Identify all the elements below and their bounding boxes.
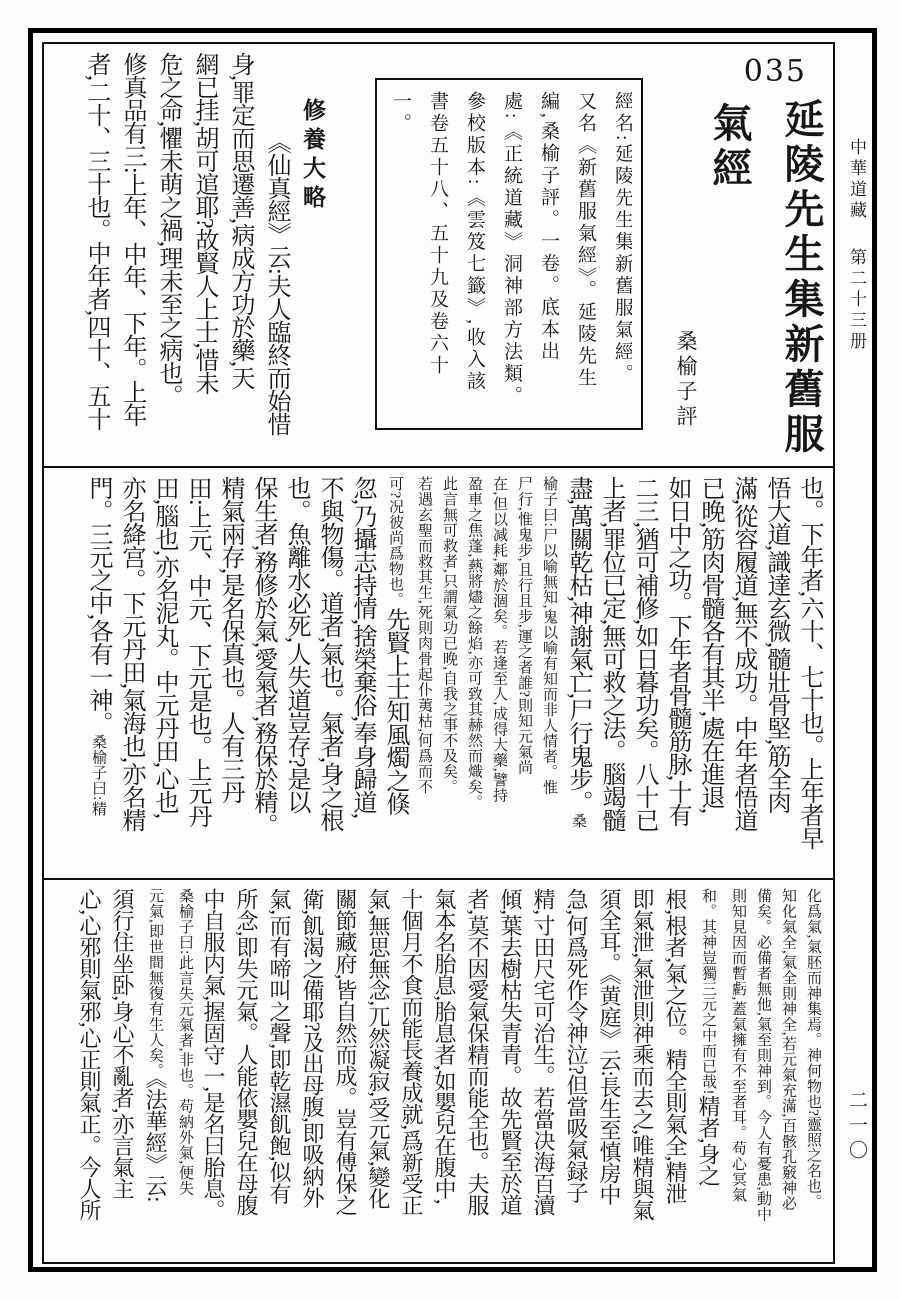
main-text-segment: 關節藏府,皆自然而成。豈有傅保之 [333, 888, 358, 1216]
text-column: 也。下年者,六十、七十也。上年者早 [792, 476, 825, 872]
text-column: 中自服内氣,握固守一,是名曰胎息。 [197, 888, 230, 1254]
text-column: 危之命,懼未萌之禍,理未至之病也。 [150, 52, 186, 457]
commentary-segment: 在,但以减耗,鄰於涸矣。若逢至人,成得大藥,譬持 [491, 476, 507, 803]
text-column: 須行住坐卧,身心不亂者,亦言氣主 [106, 888, 139, 1254]
volume-label-number: 第二十三册 [847, 248, 866, 353]
text-column: 修真品有三:上年、中年、下年。上年 [114, 52, 150, 457]
bibliography-column: 參校版本:《雲笈七籤》,收入該 [447, 91, 484, 417]
main-text-segment: 者,莫不因愛氣保精而能全也。夫服 [465, 888, 490, 1216]
bibliography-text: 經名:延陵先生集新舊服氣經。又名《新舊服氣經》。延陵先生編,桑榆子評。一卷。底本… [386, 91, 632, 417]
main-text-segment: 也。魚離水必死,人失道豈存?是以 [283, 476, 309, 813]
bibliography-column: 一。 [386, 91, 410, 417]
main-text-segment: 田,腦也,亦名泥丸。中元丹田,心也, [151, 476, 177, 818]
commentary-segment: 元氣,即世間無復有生人矣。 [147, 888, 163, 1078]
volume-label-series: 中華道藏 [847, 138, 866, 222]
book-title-line2: 氣經 [709, 102, 749, 192]
commentary-segment: 此言無可救者,只謂氣功已晚,自我之事不及矣。 [441, 476, 457, 795]
main-text-segment: 所念,即失元氣。人能依嬰兒在母腹 [234, 888, 259, 1216]
text-column: 《仙真經》云:夫人臨終而始惜 [258, 52, 294, 457]
main-text-segment: 傾,葉去樹枯失青青。故先賢至於道 [498, 888, 523, 1216]
commentary-segment: 知化氣全,氣全則神全,若元氣充滿,百骸孔竅神必 [780, 888, 796, 1211]
main-text-segment: 急,何爲死作令神泣?但當吸氣録子 [564, 888, 589, 1203]
text-column: 身,罪定而思遷善,病成方功於藥,天 [222, 52, 258, 457]
commentary-segment: 桑榆子曰:精 [90, 734, 106, 816]
text-column: 氣,而有啼叫之聲,即乾濕飢飽,似有 [263, 888, 296, 1254]
main-text-segment: 心,心邪則氣邪,心正則氣正。今人所 [77, 888, 102, 1221]
main-text-segment: 危之命,懼未萌之禍,理未至之病也。 [155, 52, 181, 407]
text-column: 精,寸田尺宅可治生。若當决海百瀆 [527, 888, 560, 1254]
text-column: 根,根者,氣之位。精全則氣全,精泄 [659, 888, 692, 1254]
main-text-segment: 《法華經》云: [143, 1078, 168, 1202]
text-column: 關節藏府,皆自然而成。豈有傅保之 [329, 888, 362, 1254]
bibliography-column: 又名《新舊服氣經》。延陵先生 [558, 91, 595, 417]
text-column: 二三,猶可補修,如日暮功矣。八十已 [627, 476, 660, 872]
main-text-segment: 氣,無思無念,兀然凝寂,受元氣,變化 [366, 888, 391, 1209]
main-text-segment: 已晚,筋肉骨髓各有其半,處在進退, [697, 476, 723, 813]
text-column: 即氣泄,氣泄則神乘而去之,唯精與氣 [626, 888, 659, 1254]
commentary-segment: 尸行,惟鬼步,且行且步,運之者誰?則知元氣尚 [516, 476, 532, 775]
main-text-segment: 田:上元、中元、下元是也。上元丹 [184, 476, 210, 827]
text-column: 田:上元、中元、下元是也。上元丹 [180, 476, 213, 872]
text-column: 滿,從容履道,無不成功。中年者悟道 [726, 476, 759, 872]
commentator-credit: 桑榆子評 [671, 330, 701, 430]
piece-number: 035 [744, 54, 807, 89]
text-column: 盈車之焦蓬,爇將燼之餘焰,亦可致其赫然而熾矣。 [461, 476, 486, 872]
commentary-segment: 若遇玄聖而救其生,死則肉骨起仆荑枯,何爲而不 [416, 476, 432, 795]
text-column: 網已挂,胡可逭耶?故賢人上士,惜未 [186, 52, 222, 457]
text-column: 田,腦也,亦名泥丸。中元丹田,心也, [147, 476, 180, 872]
text-column: 悟大道,識達玄微,髓壯骨堅,筋全肉 [759, 476, 792, 872]
text-column: 所念,即失元氣。人能依嬰兒在母腹 [230, 888, 263, 1254]
register-bottom: 化爲氣,氣胚而神集焉。神何物也?靈照之名也。知化氣全,氣全則神全,若元氣充滿,百… [44, 880, 833, 1260]
main-text-segment: 悟大道,識達玄微,髓壯骨堅,筋全肉 [763, 476, 789, 813]
text-column: 不與物傷。道者,氣也。氣者,身之根 [312, 476, 345, 872]
bibliography-box: 經名:延陵先生集新舊服氣經。又名《新舊服氣經》。延陵先生編,桑榆子評。一卷。底本… [375, 78, 643, 430]
text-column: 盡,萬關乾枯,神謝氣亡,尸行鬼步。桑 [561, 476, 594, 872]
text-column: 十個月不食而能長養成就,爲新受正 [395, 888, 428, 1254]
bibliography-column: 處:《正統道藏》洞神部方法類。 [484, 91, 521, 417]
text-column: 亦名絳宫。下元丹田,氣海也,亦名精 [114, 476, 147, 872]
main-text-segment: 忽,乃攝志持情,捨榮棄俗,奉身歸道, [349, 476, 375, 818]
volume-label: 中華道藏第二十三册 [844, 138, 869, 353]
text-column: 者,二十、三十也。中年者,四十、五十 [78, 52, 114, 457]
text-column: 門。三元之中,各有一神。桑榆子曰:精 [81, 476, 114, 872]
commentary-segment: 桑榆子曰:此言失元氣者,非也。苟納外氣,便失 [177, 888, 193, 1196]
commentary-segment: 桑 [570, 813, 586, 829]
bibliography-column: 編,桑榆子評。一卷。底本出 [521, 91, 558, 417]
text-column: 精氣兩存,是名保真也。人有三丹 [213, 476, 246, 872]
commentary-segment: 可?况彼尚爲物也。 [387, 476, 403, 607]
text-column: 氣,無思無念,兀然凝寂,受元氣,變化 [362, 888, 395, 1254]
text-column: 和。其神豈獨三元之中而已哉!精者,身之 [692, 888, 725, 1254]
text-column: 已晚,筋肉骨髓各有其半,處在進退, [693, 476, 726, 872]
text-column: 榆子曰:尸以喻無知,鬼以喻有知而非人情者。惟 [536, 476, 561, 872]
bottom-text-block: 化爲氣,氣胚而神集焉。神何物也?靈照之名也。知化氣全,氣全則神全,若元氣充滿,百… [54, 888, 825, 1254]
main-text-segment: 十個月不食而能長養成就,爲新受正 [399, 888, 424, 1216]
main-text-segment: 保生者,務修於氣,愛氣者,務保於精。 [250, 476, 276, 836]
text-column: 傾,葉去樹枯失青青。故先賢至於道 [494, 888, 527, 1254]
main-text-segment: 中自服内氣,握固守一,是名曰胎息。 [201, 888, 226, 1221]
main-text-segment: 根,根者,氣之位。精全則氣全,精泄 [663, 888, 688, 1204]
main-text-segment: 身,罪定而思遷善,病成方功於藥,天 [227, 52, 253, 389]
register-top: 035 延陵先生集新舊服 氣經 桑榆子評 經名:延陵先生集新舊服氣經。又名《新舊… [44, 44, 833, 468]
text-column: 尸行,惟鬼步,且行且步,運之者誰?則知元氣尚 [511, 476, 536, 872]
main-text-segment: 即氣泄,氣泄則神乘而去之,唯精與氣 [630, 888, 655, 1221]
main-text-segment: 修真品有三:上年、中年、下年。上年 [119, 52, 145, 426]
text-column: 元氣,即世間無復有生人矣。《法華經》云: [139, 888, 172, 1254]
scanned-book-page: 035 延陵先生集新舊服 氣經 桑榆子評 經名:延陵先生集新舊服氣經。又名《新舊… [0, 0, 900, 1300]
main-text-segment: 氣本名胎息,胎息者,如嬰兒在腹中, [432, 888, 457, 1204]
page-frame: 035 延陵先生集新舊服 氣經 桑榆子評 經名:延陵先生集新舊服氣經。又名《新舊… [28, 28, 877, 1272]
commentary-segment: 則知見因而暫虧,蓋氣擁有不至者耳。苟心冥氣 [730, 888, 746, 1202]
text-column: 須全耳。《黄庭》云:長生至慎房中 [593, 888, 626, 1254]
text-column: 氣本名胎息,胎息者,如嬰兒在腹中, [428, 888, 461, 1254]
content-frame: 035 延陵先生集新舊服 氣經 桑榆子評 經名:延陵先生集新舊服氣經。又名《新舊… [42, 42, 835, 1264]
text-column: 急,何爲死作令神泣?但當吸氣録子 [560, 888, 593, 1254]
text-column: 化爲氣,氣胚而神集焉。神何物也?靈照之名也。 [800, 888, 825, 1254]
text-column: 者,莫不因愛氣保精而能全也。夫服 [461, 888, 494, 1254]
text-column: 如日中之功。下年者骨髓筋脉,十有 [660, 476, 693, 872]
text-column: 則知見因而暫虧,蓋氣擁有不至者耳。苟心冥氣 [725, 888, 750, 1254]
text-column: 可?况彼尚爲物也。先賢上士知風燭之倏 [378, 476, 411, 872]
main-text-segment: 須全耳。《黄庭》云:長生至慎房中 [597, 888, 622, 1205]
middle-text-block: 也。下年者,六十、七十也。上年者早悟大道,識達玄微,髓壯骨堅,筋全肉滿,從容履道… [54, 476, 825, 872]
commentary-segment: 盈車之焦蓬,爇將燼之餘焰,亦可致其赫然而熾矣。 [466, 476, 482, 810]
main-text-segment: 氣,而有啼叫之聲,即乾濕飢飽,似有 [267, 888, 292, 1204]
top-text-block: 《仙真經》云:夫人臨終而始惜身,罪定而思遷善,病成方功於藥,天網已挂,胡可逭耶?… [56, 52, 294, 457]
text-column: 保生者,務修於氣,愛氣者,務保於精。 [246, 476, 279, 872]
text-column: 桑榆子曰:此言失元氣者,非也。苟納外氣,便失 [172, 888, 197, 1254]
text-column: 上者,罪位已定,無可救之法。腦竭髓 [594, 476, 627, 872]
main-text-segment: 上者,罪位已定,無可救之法。腦竭髓 [598, 476, 624, 831]
main-text-segment: 也。下年者,六十、七十也。上年者早 [796, 476, 822, 849]
commentary-segment: 和。其神豈獨三元之中而已哉! [700, 888, 716, 1095]
register-middle: 也。下年者,六十、七十也。上年者早悟大道,識達玄微,髓壯骨堅,筋全肉滿,從容履道… [44, 468, 833, 880]
bibliography-column: 經名:延陵先生集新舊服氣經。 [595, 91, 632, 417]
text-column: 也。魚離水必死,人失道豈存?是以 [279, 476, 312, 872]
text-column: 備矣。必備者無他,氣至則神到。今人有憂患,動中 [750, 888, 775, 1254]
main-text-segment: 門。三元之中,各有一神。 [85, 476, 111, 734]
bibliography-column: 書卷五十八、五十九及卷六十 [410, 91, 447, 417]
commentary-segment: 化爲氣,氣胚而神集焉。神何物也?靈照之名也。 [805, 888, 821, 1209]
main-text-segment: 先賢上士知風燭之倏 [382, 607, 408, 814]
main-text-segment: 網已挂,胡可逭耶?故賢人上士,惜未 [191, 52, 217, 394]
page-number: 二一〇 [843, 1090, 870, 1165]
main-text-segment: 衛,飢渴之備耶?及出母腹,即吸納外 [300, 888, 325, 1208]
text-column: 此言無可救者,只謂氣功已晚,自我之事不及矣。 [436, 476, 461, 872]
text-column: 在,但以减耗,鄰於涸矣。若逢至人,成得大藥,譬持 [486, 476, 511, 872]
main-text-segment: 者,二十、三十也。中年者,四十、五十 [83, 52, 109, 430]
main-text-segment: 滿,從容履道,無不成功。中年者悟道 [730, 476, 756, 831]
main-text-segment: 精氣兩存,是名保真也。人有三丹 [217, 476, 243, 803]
commentary-segment: 備矣。必備者無他,氣至則神到。今人有憂患,動中 [755, 888, 771, 1222]
text-column: 衛,飢渴之備耶?及出母腹,即吸納外 [296, 888, 329, 1254]
text-column: 忽,乃攝志持情,捨榮棄俗,奉身歸道, [345, 476, 378, 872]
main-text-segment: 如日中之功。下年者骨髓筋脉,十有 [664, 476, 690, 826]
commentary-segment: 榆子曰:尸以喻無知,鬼以喻有知而非人情者。惟 [541, 476, 557, 795]
text-column: 若遇玄聖而救其生,死則肉骨起仆荑枯,何爲而不 [411, 476, 436, 872]
main-text-segment: 二三,猶可補修,如日暮功矣。八十已 [631, 476, 657, 831]
main-text-segment: 亦名絳宫。下元丹田,氣海也,亦名精 [118, 476, 144, 831]
main-text-segment: 精者,身之 [696, 1095, 721, 1186]
main-text-segment: 須行住坐卧,身心不亂者,亦言氣主 [110, 888, 135, 1199]
book-title-line1: 延陵先生集新舊服 [781, 98, 821, 458]
main-text-segment: 精,寸田尺宅可治生。若當决海百瀆 [531, 888, 556, 1216]
text-column: 知化氣全,氣全則神全,若元氣充滿,百骸孔竅神必 [775, 888, 800, 1254]
main-text-segment: 不與物傷。道者,氣也。氣者,身之根 [316, 476, 342, 831]
main-text-segment: 盡,萬關乾枯,神謝氣亡,尸行鬼步。 [565, 476, 591, 813]
text-column: 心,心邪則氣邪,心正則氣正。今人所 [73, 888, 106, 1254]
main-text-segment: 《仙真經》云:夫人臨終而始惜 [263, 130, 289, 435]
side-strip: 中華道藏第二十三册 二一〇 [837, 42, 875, 1264]
section-heading: 修養大略 [296, 98, 329, 214]
